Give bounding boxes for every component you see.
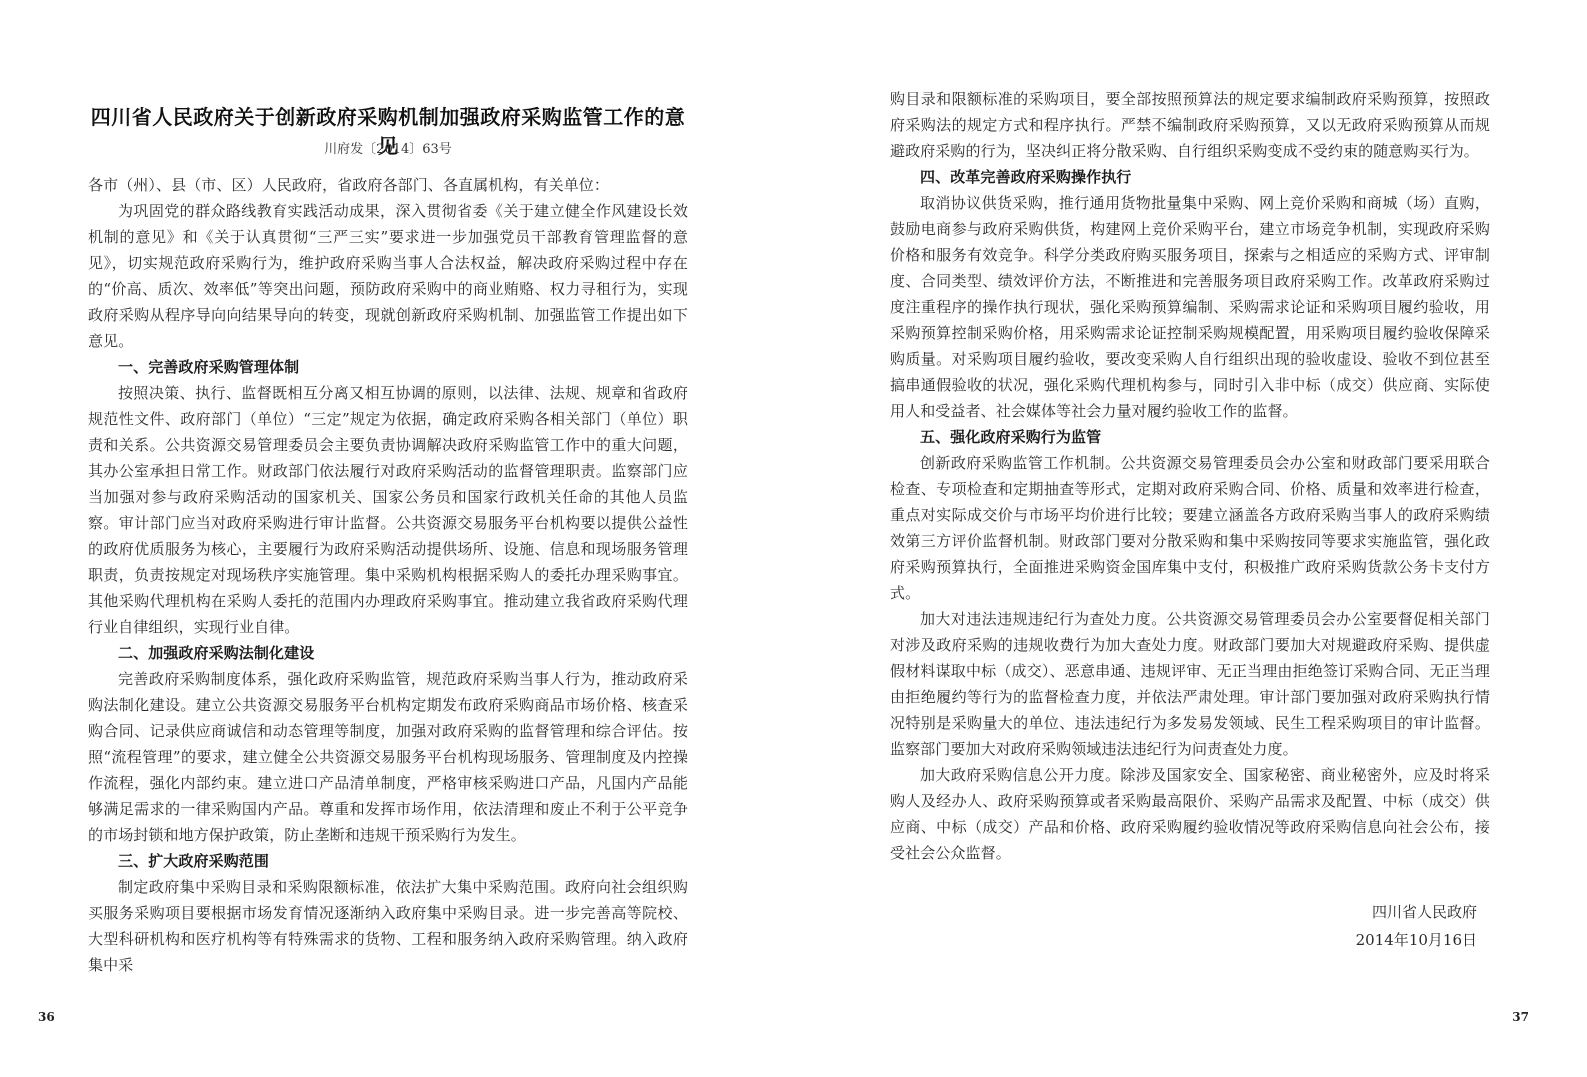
section-heading-1: 一、完善政府采购管理体制 bbox=[88, 354, 688, 380]
section-heading-2: 二、加强政府采购法制化建设 bbox=[88, 640, 688, 666]
section-heading-3: 三、扩大政府采购范围 bbox=[88, 848, 688, 874]
page-number-left: 36 bbox=[38, 1010, 55, 1024]
section-heading-4: 四、改革完善政府采购操作执行 bbox=[890, 164, 1490, 190]
document-number: 川府发〔2014〕63号 bbox=[88, 138, 688, 157]
left-column: 各市（州）、县（市、区）人民政府，省政府各部门、各直属机构，有关单位： 为巩固党… bbox=[88, 172, 688, 978]
section-2-paragraph: 完善政府采购制度体系，强化政府采购监管，规范政府采购当事人行为，推动政府采购法制… bbox=[88, 666, 688, 848]
addressee: 各市（州）、县（市、区）人民政府，省政府各部门、各直属机构，有关单位： bbox=[88, 172, 688, 198]
right-column: 购目录和限额标准的采购项目，要全部按照预算法的规定要求编制政府采购预算，按照政府… bbox=[890, 86, 1490, 866]
continuation-paragraph: 购目录和限额标准的采购项目，要全部按照预算法的规定要求编制政府采购预算，按照政府… bbox=[890, 86, 1490, 164]
right-page: 购目录和限额标准的采购项目，要全部按照预算法的规定要求编制政府采购预算，按照政府… bbox=[794, 0, 1587, 1077]
section-5-paragraph-1: 创新政府采购监管工作机制。公共资源交易管理委员会办公室和财政部门要采用联合检查、… bbox=[890, 450, 1490, 606]
issuer-name: 四川省人民政府 bbox=[1356, 898, 1477, 926]
section-5-paragraph-3: 加大政府采购信息公开力度。除涉及国家安全、国家秘密、商业秘密外，应及时将采购人及… bbox=[890, 762, 1490, 866]
section-3-paragraph: 制定政府集中采购目录和采购限额标准，依法扩大集中采购范围。政府向社会组织购买服务… bbox=[88, 874, 688, 978]
section-5-paragraph-2: 加大对违法违规违纪行为查处力度。公共资源交易管理委员会办公室要督促相关部门对涉及… bbox=[890, 606, 1490, 762]
issue-date: 2014年10月16日 bbox=[1356, 926, 1477, 954]
left-page: 四川省人民政府关于创新政府采购机制加强政府采购监管工作的意见 川府发〔2014〕… bbox=[0, 0, 793, 1077]
intro-paragraph: 为巩固党的群众路线教育实践活动成果，深入贯彻省委《关于建立健全作风建设长效机制的… bbox=[88, 198, 688, 354]
section-1-paragraph: 按照决策、执行、监督既相互分离又相互协调的原则，以法律、法规、规章和省政府规范性… bbox=[88, 380, 688, 640]
section-heading-5: 五、强化政府采购行为监管 bbox=[890, 424, 1490, 450]
page-number-right: 37 bbox=[1512, 1010, 1529, 1024]
section-4-paragraph: 取消协议供货采购，推行通用货物批量集中采购、网上竞价采购和商城（场）直购，鼓励电… bbox=[890, 190, 1490, 424]
signature-block: 四川省人民政府 2014年10月16日 bbox=[1356, 898, 1477, 954]
